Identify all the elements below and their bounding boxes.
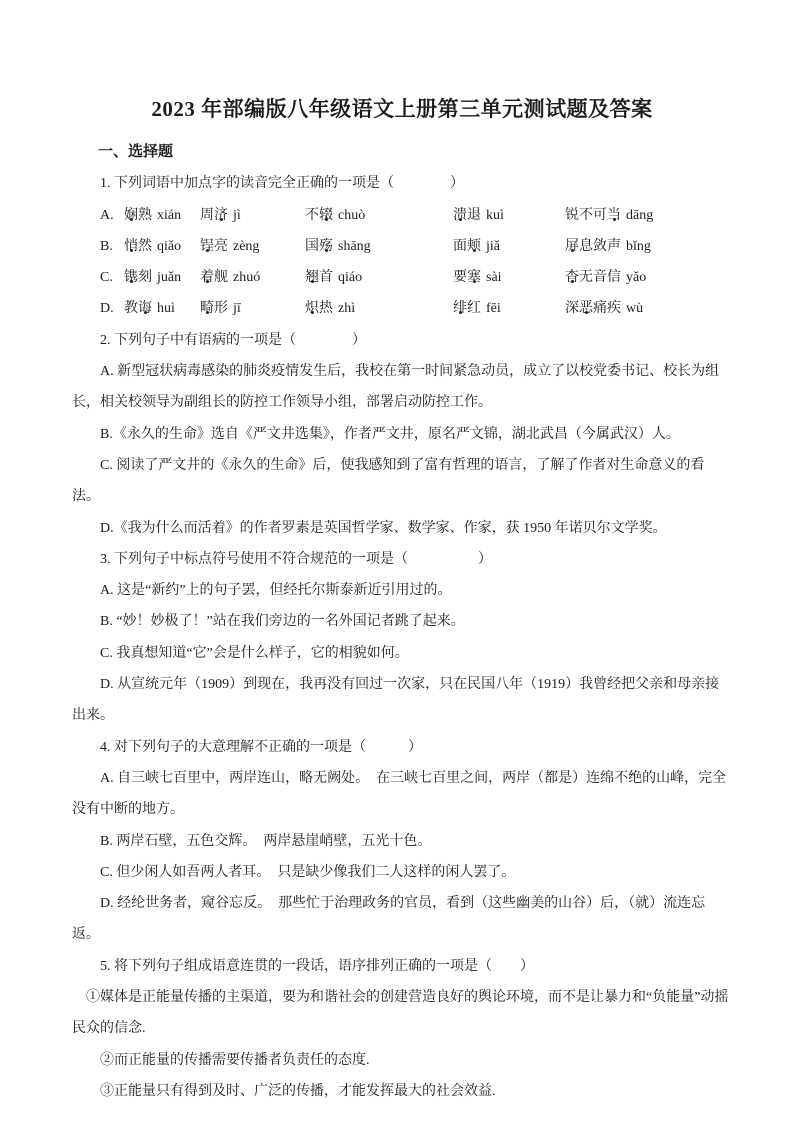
pinyin-label: wù (626, 301, 643, 316)
word-post: 亮 (214, 239, 228, 254)
option-letter: C. (100, 262, 124, 293)
option-line: D. 经纶世务者，窥谷忘反。 那些忙于治理政务的官员，看到（这些幽美的山谷）后，… (72, 888, 732, 951)
word-cell: 面颊jiǎ (453, 231, 565, 262)
word-cell: 悄然qiǎo (124, 231, 200, 262)
option-line: A. 这是“新约”上的句子罢，但经托尔斯泰新近引用过的。 (72, 575, 732, 606)
pinyin-label: juǎn (157, 270, 181, 285)
option-line: A. 自三峡七百里中，两岸连山，略无阙处。 在三峡七百里之间，两岸（都是）连绵不… (72, 763, 732, 826)
numbered-item: ①媒体是正能量传播的主渠道，要为和谐社会的创建营造良好的舆论环境，而不是让暴力和… (72, 982, 732, 1045)
word-pre: 国 (305, 239, 319, 254)
pinyin-label: dāng (626, 208, 653, 223)
document-title: 2023 年部编版八年级语文上册第三单元测试题及答案 (72, 94, 732, 124)
dotted-character: 炽 (305, 301, 319, 316)
pinyin-label: jiǎ (486, 239, 500, 254)
pinyin-label: fēi (486, 301, 501, 316)
numbered-item: ②而正能量的传播需要传播者负责任的态度. (72, 1045, 732, 1076)
pinyin-label: sài (486, 270, 502, 285)
dotted-character: 锃 (200, 239, 214, 254)
dotted-character: 辍 (319, 208, 333, 223)
pinyin-option-row: A.娴熟xián周济jì不辍chuò溃退kuì锐不可当dāng (72, 200, 732, 231)
word-pre: 面 (453, 239, 467, 254)
word-cell: 屏息敛声bǐng (565, 231, 732, 262)
dotted-character: 颊 (467, 239, 481, 254)
pinyin-label: qiáo (338, 270, 362, 285)
word-cell: 着舰zhuó (200, 262, 305, 293)
dotted-character: 翘 (305, 270, 319, 285)
pinyin-label: xián (157, 208, 181, 223)
question-block: 4. 对下列句子的大意理解不正确的一项是（ ）A. 自三峡七百里中，两岸连山，略… (72, 732, 732, 951)
pinyin-label: shāng (338, 239, 371, 254)
word-cell: 教诲huì (124, 293, 200, 324)
pinyin-label: zhì (338, 301, 355, 316)
section-heading: 一、选择题 (72, 137, 732, 168)
word-post: 然 (138, 239, 152, 254)
option-line: B.《永久的生命》选自《严文井选集》，作者严文井，原名严文锦，湖北武昌（今属武汉… (72, 419, 732, 450)
option-line: D. 从宣统元年（1909）到现在，我再没有回过一次家，只在民国八年（1919）… (72, 669, 732, 732)
dotted-character: 塞 (467, 270, 481, 285)
option-line: C. 我真想知道“它”会是什么样子，它的相貌如何。 (72, 638, 732, 669)
word-pre: 周 (200, 208, 214, 223)
word-cell: 锃亮zèng (200, 231, 305, 262)
word-cell: 锐不可当dāng (565, 200, 732, 231)
dotted-character: 畸 (200, 301, 214, 316)
option-letter: B. (100, 231, 124, 262)
pinyin-label: huì (157, 301, 175, 316)
word-pre: 教 (124, 301, 138, 316)
numbered-item: ③正能量只有得到及时、广泛的传播，才能发挥最大的社会效益. (72, 1076, 732, 1107)
pinyin-option-row: D.教诲huì畸形jī炽热zhì绯红fēi深恶痛疾wù (72, 293, 732, 324)
word-cell: 畸形jī (200, 293, 305, 324)
word-cell: 溃退kuì (453, 200, 565, 231)
word-post: 熟 (138, 208, 152, 223)
pinyin-option-row: C.镌刻juǎn着舰zhuó翘首qiáo要塞sài杳无音信yǎo (72, 262, 732, 293)
dotted-character: 当 (607, 208, 621, 223)
word-cell: 娴熟xián (124, 200, 200, 231)
word-post: 息敛声 (579, 239, 621, 254)
dotted-character: 娴 (124, 208, 138, 223)
word-cell: 不辍chuò (305, 200, 453, 231)
word-post: 退 (467, 208, 481, 223)
word-cell: 炽热zhì (305, 293, 453, 324)
questions-container: 1. 下列词语中加点字的读音完全正确的一项是（ ）A.娴熟xián周济jì不辍c… (72, 168, 732, 1107)
dotted-character: 恶 (579, 301, 593, 316)
dotted-character: 殇 (319, 239, 333, 254)
word-cell: 要塞sài (453, 262, 565, 293)
question-stem: 5. 将下列句子组成语意连贯的一段话，语序排列正确的一项是（ ） (72, 951, 732, 982)
option-line: B. “妙！妙极了！”站在我们旁边的一名外国记者跳了起来。 (72, 606, 732, 637)
dotted-character: 屏 (565, 239, 579, 254)
word-cell: 镌刻juǎn (124, 262, 200, 293)
question-block: 3. 下列句子中标点符号使用不符合规范的一项是（ ）A. 这是“新约”上的句子罢… (72, 544, 732, 732)
pinyin-label: kuì (486, 208, 504, 223)
word-post: 痛疾 (593, 301, 621, 316)
dotted-character: 着 (200, 270, 214, 285)
question-stem: 2. 下列句子中有语病的一项是（ ） (72, 325, 732, 356)
word-pre: 不 (305, 208, 319, 223)
question-stem: 4. 对下列句子的大意理解不正确的一项是（ ） (72, 732, 732, 763)
dotted-character: 绯 (453, 301, 467, 316)
question-stem: 1. 下列词语中加点字的读音完全正确的一项是（ ） (72, 168, 732, 199)
pinyin-label: zhuó (233, 270, 260, 285)
word-post: 形 (214, 301, 228, 316)
word-post: 舰 (214, 270, 228, 285)
pinyin-label: jī (233, 301, 241, 316)
word-pre: 深 (565, 301, 579, 316)
word-post: 首 (319, 270, 333, 285)
word-cell: 周济jì (200, 200, 305, 231)
pinyin-option-row: B.悄然qiǎo锃亮zèng国殇shāng面颊jiǎ屏息敛声bǐng (72, 231, 732, 262)
option-letter: D. (100, 293, 124, 324)
word-cell: 国殇shāng (305, 231, 453, 262)
option-line: A. 新型冠状病毒感染的肺炎疫情发生后，我校在第一时间紧急动员，成立了以校党委书… (72, 356, 732, 419)
word-cell: 绯红fēi (453, 293, 565, 324)
dotted-character: 诲 (138, 301, 152, 316)
dotted-character: 镌 (124, 270, 138, 285)
pinyin-label: qiǎo (157, 239, 181, 254)
option-line: C. 但少闲人如吾两人者耳。 只是缺少像我们二人这样的闲人罢了。 (72, 857, 732, 888)
word-cell: 杳无音信yǎo (565, 262, 732, 293)
question-block: 5. 将下列句子组成语意连贯的一段话，语序排列正确的一项是（ ）①媒体是正能量传… (72, 951, 732, 1107)
option-letter: A. (100, 200, 124, 231)
option-line: B. 两岸石壁，五色交辉。 两岸悬崖峭壁，五光十色。 (72, 826, 732, 857)
dotted-character: 济 (214, 208, 228, 223)
dotted-character: 杳 (565, 270, 579, 285)
word-post: 红 (467, 301, 481, 316)
question-block: 2. 下列句子中有语病的一项是（ ）A. 新型冠状病毒感染的肺炎疫情发生后，我校… (72, 325, 732, 544)
dotted-character: 悄 (124, 239, 138, 254)
option-line: C. 阅读了严文井的《永久的生命》后，使我感知到了富有哲理的语言，了解了作者对生… (72, 450, 732, 513)
pinyin-label: zèng (233, 239, 259, 254)
word-cell: 深恶痛疾wù (565, 293, 732, 324)
word-pre: 要 (453, 270, 467, 285)
word-post: 刻 (138, 270, 152, 285)
document-page: 2023 年部编版八年级语文上册第三单元测试题及答案 一、选择题 1. 下列词语… (0, 0, 793, 1122)
word-post: 热 (319, 301, 333, 316)
question-stem: 3. 下列句子中标点符号使用不符合规范的一项是（ ） (72, 544, 732, 575)
word-cell: 翘首qiáo (305, 262, 453, 293)
pinyin-label: chuò (338, 208, 365, 223)
pinyin-label: jì (233, 208, 241, 223)
option-line: D.《我为什么而活着》的作者罗素是英国哲学家、数学家、作家，获 1950 年诺贝… (72, 513, 732, 544)
pinyin-label: yǎo (626, 270, 646, 285)
question-block: 1. 下列词语中加点字的读音完全正确的一项是（ ）A.娴熟xián周济jì不辍c… (72, 168, 732, 324)
word-pre: 锐不可 (565, 208, 607, 223)
dotted-character: 溃 (453, 208, 467, 223)
word-post: 无音信 (579, 270, 621, 285)
pinyin-label: bǐng (626, 239, 651, 254)
